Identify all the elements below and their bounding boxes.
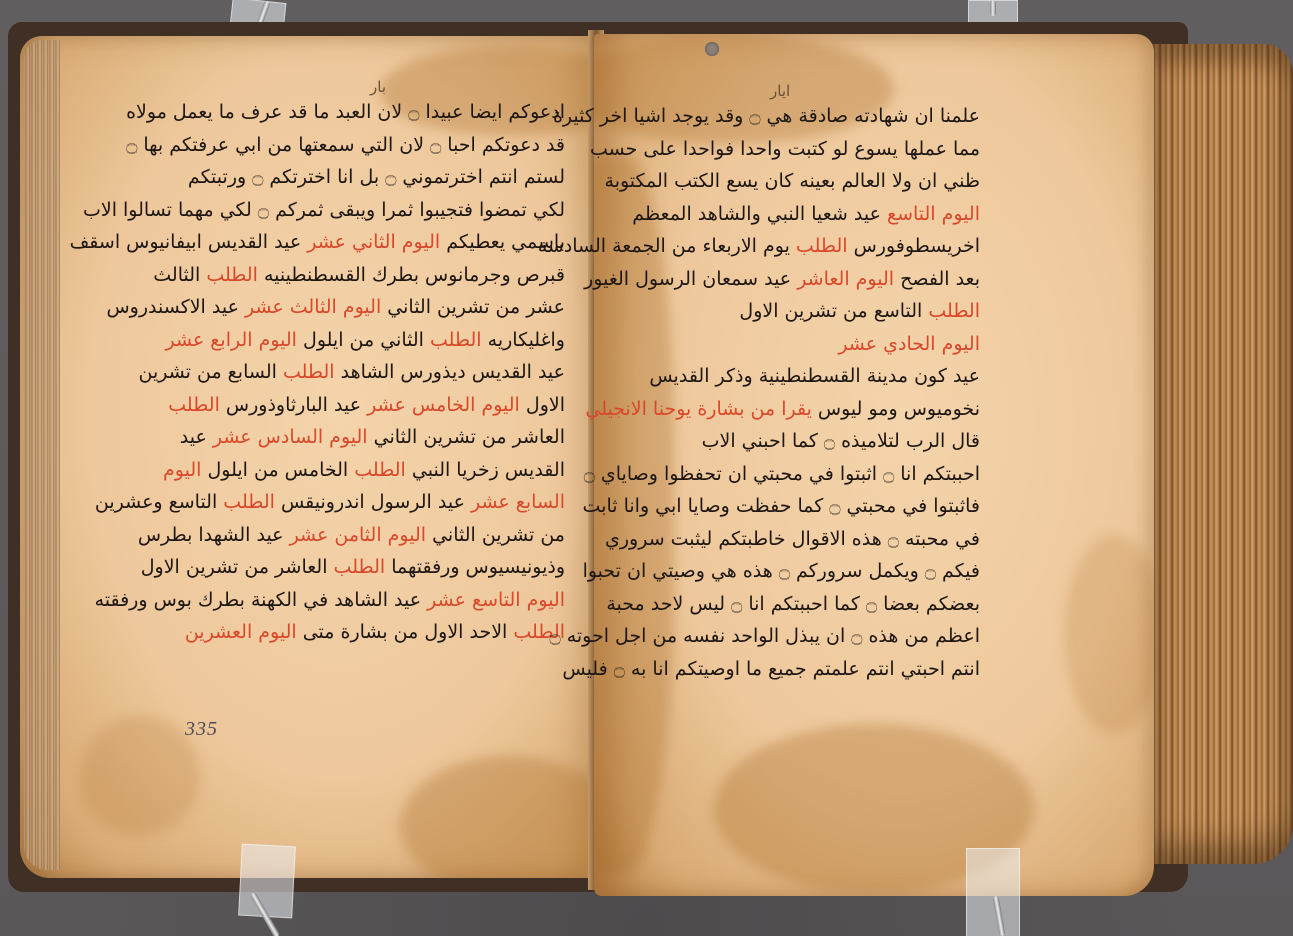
rubric: اليوم العشرين: [185, 621, 297, 643]
rubric: اليوم الحادي عشر: [838, 333, 980, 355]
text-line: بعد الفصح اليوم العاشر عيد سمعان الرسول …: [615, 263, 980, 296]
left-page-text: ادعوكم ايضا عبيدا ۝ لان العبد ما قد عرف …: [165, 96, 565, 649]
rubric: اليوم الثامن عشر: [290, 524, 426, 546]
text-line: باسمي يعطيكم اليوم الثاني عشر عيد القديس…: [165, 226, 565, 259]
text-line: اليوم الحادي عشر: [615, 328, 980, 361]
rubric: الطلب: [283, 361, 335, 383]
mounting-clip-top-right: [990, 0, 996, 16]
rubric: الطلب: [334, 556, 386, 578]
text-line: واغليكاريه الطلب الثاني من ايلول اليوم ا…: [165, 324, 565, 357]
text-line: انتم احبتي انتم علمتم جميع ما اوصيتكم ان…: [615, 653, 980, 686]
rubric: اليوم العاشر: [797, 268, 894, 290]
text-line: الطلب التاسع من تشرين الاول: [615, 295, 980, 328]
text-line: ظني ان ولا العالم بعينه كان يسع الكتب ال…: [615, 165, 980, 198]
running-head-right: ايار: [770, 82, 790, 100]
right-page-text: علمنا ان شهادته صادقة هي ۝ وقد يوجد اشيا…: [615, 100, 980, 685]
text-line: احببتكم انا ۝ اثبتوا في محبتي ان تحفظوا …: [615, 458, 980, 491]
text-line: ادعوكم ايضا عبيدا ۝ لان العبد ما قد عرف …: [165, 96, 565, 129]
rubric: اليوم التاسع: [887, 203, 980, 225]
text-line: اخريسطوفورس الطلب يوم الاربعاء من الجمعة…: [615, 230, 980, 263]
text-line: قبرص وجرمانوس بطرك القسطنطينيه الطلب الث…: [165, 259, 565, 292]
text-line: العاشر من تشرين الثاني اليوم السادس عشر …: [165, 421, 565, 454]
rubric: الطلب: [796, 235, 848, 257]
page-edges-stack: [1150, 44, 1293, 864]
text-line: عيد كون مدينة القسطنطينية وذكر القديس: [615, 360, 980, 393]
text-line: من تشرين الثاني اليوم الثامن عشر عيد الش…: [165, 519, 565, 552]
rubric: اليوم التاسع عشر: [427, 589, 565, 611]
text-line: اعظم من هذه ۝ ان يبذل الواحد نفسه من اجل…: [615, 620, 980, 653]
rubric: الطلب: [430, 329, 482, 351]
mounting-strip-bottom-right: [966, 848, 1020, 936]
text-line: اليوم التاسع عشر عيد الشاهد في الكهنة بط…: [165, 584, 565, 617]
rubric: اليوم الثالث عشر: [245, 296, 381, 318]
rubric: اليوم: [163, 459, 201, 481]
text-line: مما عملها يسوع لو كتبت واحدا فواحدا على …: [615, 133, 980, 166]
folio-number: 335: [185, 718, 218, 741]
text-line: فيكم ۝ ويكمل سروركم ۝ هذه هي وصيتي ان تح…: [615, 555, 980, 588]
mounting-strip-bottom-left: [238, 844, 296, 919]
text-line: لكي تمضوا فتجيبوا ثمرا ويبقى ثمركم ۝ لكي…: [165, 194, 565, 227]
text-line: عشر من تشرين الثاني اليوم الثالث عشر عيد…: [165, 291, 565, 324]
text-line: وذيونيسيوس ورفقتهما الطلب العاشر من تشري…: [165, 551, 565, 584]
text-line: السابع عشر عيد الرسول اندرونيقس الطلب ال…: [165, 486, 565, 519]
text-line: القديس زخريا النبي الطلب الخامس من ايلول…: [165, 454, 565, 487]
rubric: اليوم الخامس عشر: [367, 394, 520, 416]
left-page-edges: [24, 40, 60, 870]
text-line: الطلب الاحد الاول من بشارة متى اليوم الع…: [165, 616, 565, 649]
text-line: اليوم التاسع عيد شعيا النبي والشاهد المع…: [615, 198, 980, 231]
text-line: علمنا ان شهادته صادقة هي ۝ وقد يوجد اشيا…: [615, 100, 980, 133]
text-line: لستم انتم اخترتموني ۝ بل انا اخترتكم ۝ و…: [165, 161, 565, 194]
text-line: عيد القديس ديذورس الشاهد الطلب السابع من…: [165, 356, 565, 389]
text-line: في محبته ۝ هذه الاقوال خاطبتكم ليثبت سرو…: [615, 523, 980, 556]
rubric: الطلب: [928, 300, 980, 322]
text-line: قال الرب لتلاميذه ۝ كما احبني الاب: [615, 425, 980, 458]
rubric: اليوم الثاني عشر: [307, 231, 440, 253]
rubric: اليوم السادس عشر: [213, 426, 368, 448]
rubric: اليوم الرابع عشر: [166, 329, 297, 351]
running-head-left: بار: [370, 78, 386, 96]
text-line: بعضكم بعضا ۝ كما احببتكم انا ۝ ليس لاحد …: [615, 588, 980, 621]
rubric: الطلب: [223, 491, 275, 513]
text-line: الاول اليوم الخامس عشر عيد البارثاوذورس …: [165, 389, 565, 422]
rubric: الطلب: [354, 459, 406, 481]
text-line: نخوميوس ومو ليوس يقرا من بشارة يوحنا الا…: [615, 393, 980, 426]
text-line: قد دعوتكم احبا ۝ لان التي سمعتها من ابي …: [165, 129, 565, 162]
text-line: فاثبتوا في محبتي ۝ كما حفظت وصايا ابي وا…: [615, 490, 980, 523]
rubric: الطلب: [206, 264, 258, 286]
rubric: الطلب: [168, 394, 220, 416]
sewing-hole: [705, 42, 719, 56]
rubric: السابع عشر: [471, 491, 565, 513]
rubric: يقرا من بشارة يوحنا الانجيلي: [585, 398, 812, 420]
